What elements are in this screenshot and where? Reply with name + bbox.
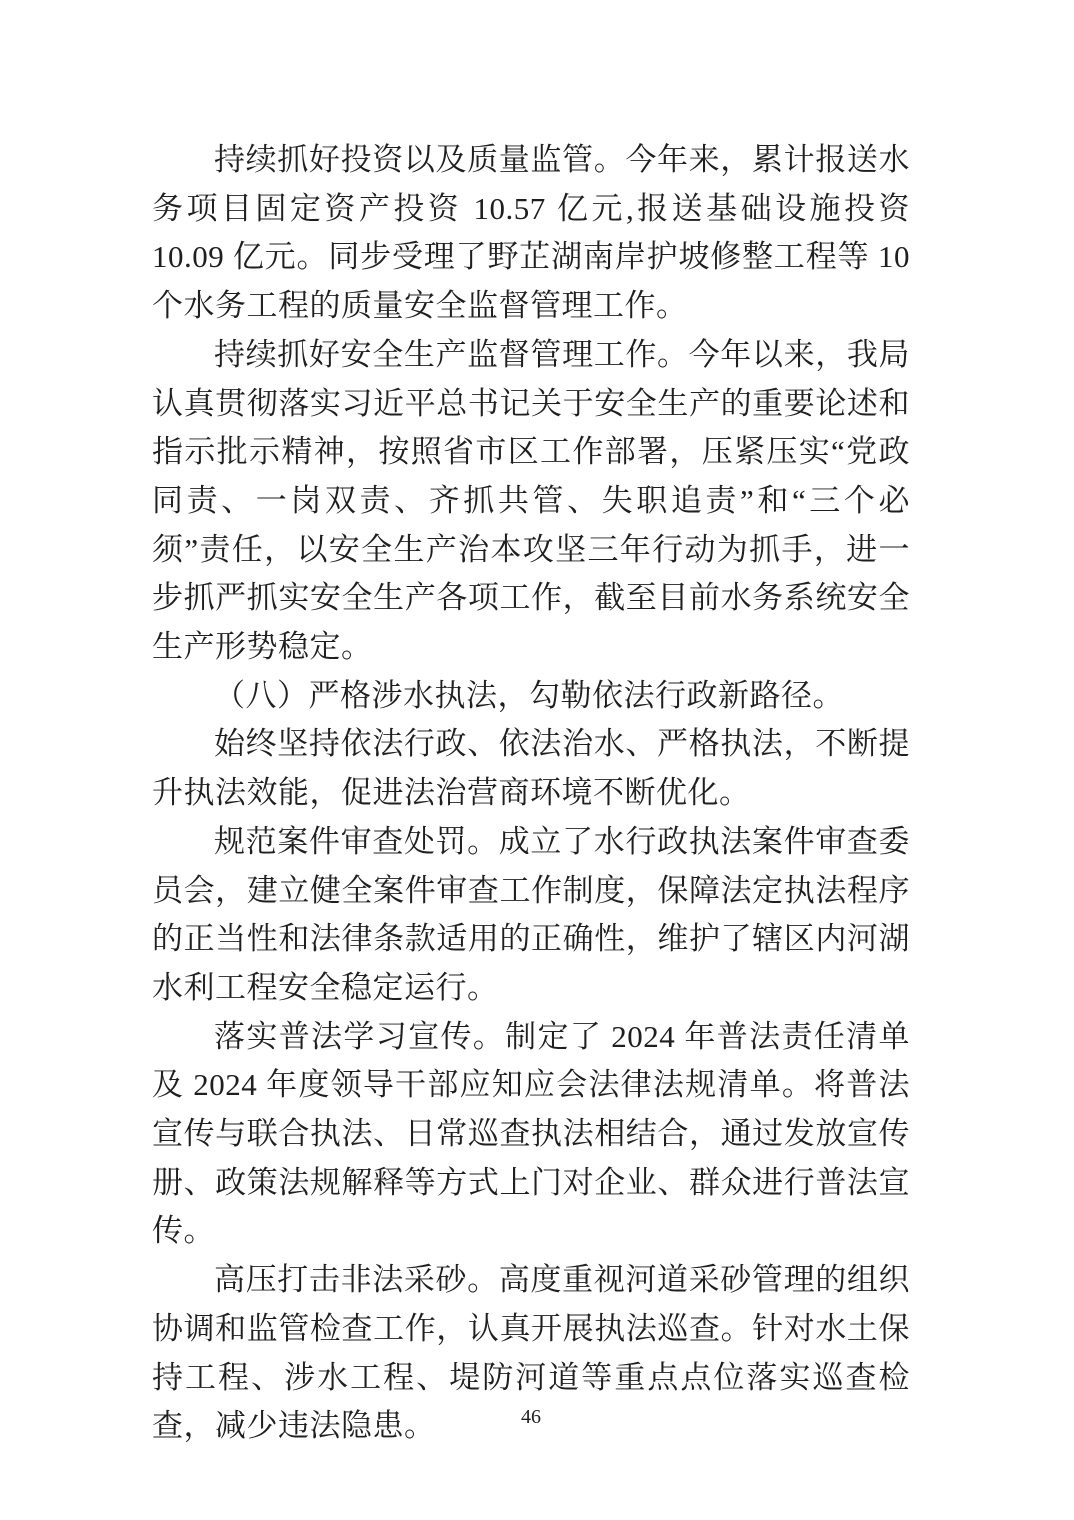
- paragraph-case-review-punishment: 规范案件审查处罚。成立了水行政执法案件审查委员会，建立健全案件审查工作制度，保障…: [152, 818, 910, 1013]
- paragraph-work-safety-supervision: 持续抓好安全生产监督管理工作。今年以来，我局认真贯彻落实习近平总书记关于安全生产…: [152, 331, 910, 672]
- paragraph-investment-quality-supervision: 持续抓好投资以及质量监管。今年来，累计报送水务项目固定资产投资 10.57 亿元…: [152, 136, 910, 331]
- section-heading-8-law-enforcement: （八）严格涉水执法，勾勒依法行政新路径。: [152, 672, 910, 721]
- document-page: 持续抓好投资以及质量监管。今年来，累计报送水务项目固定资产投资 10.57 亿元…: [0, 0, 1074, 1520]
- paragraph-law-based-administration: 始终坚持依法行政、依法治水、严格执法，不断提升执法效能，促进法治营商环境不断优化…: [152, 720, 910, 817]
- paragraph-law-publicity: 落实普法学习宣传。制定了 2024 年普法责任清单及 2024 年度领导干部应知…: [152, 1013, 910, 1257]
- document-body: 持续抓好投资以及质量监管。今年来，累计报送水务项目固定资产投资 10.57 亿元…: [152, 136, 910, 1451]
- page-number: 46: [152, 1404, 910, 1430]
